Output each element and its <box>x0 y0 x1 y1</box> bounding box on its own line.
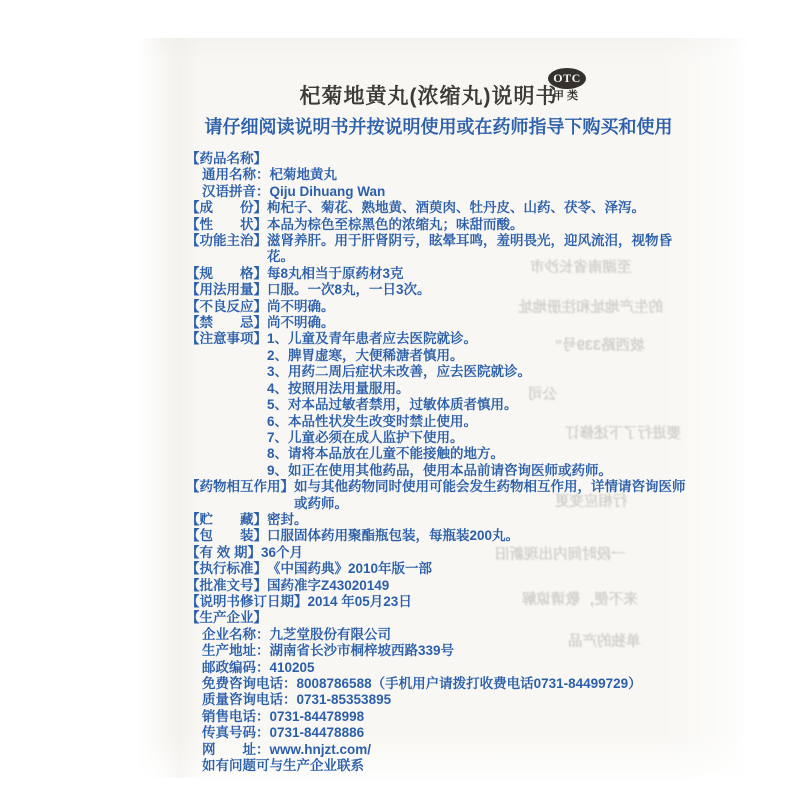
section-label: 【注意事项】 <box>186 331 267 347</box>
section-label: 【用法用量】 <box>186 282 267 298</box>
section-text: 滋肾养肝。用于肝肾阴亏，眩晕耳鸣，羞明畏光，迎风流泪，视物昏花。 <box>267 233 691 266</box>
precaution-item: 4、按照用法用量服用。 <box>267 381 691 397</box>
row-label: 传真号码： <box>202 725 270 741</box>
manufacturer-row-postcode: 邮政编码： 410205 <box>186 660 691 676</box>
section-label: 【执行标准】 <box>186 561 267 577</box>
row-value: 0731-85353895 <box>297 692 392 708</box>
section-label: 【规 格】 <box>186 266 267 282</box>
pinyin-value: Qiju Dihuang Wan <box>270 184 386 200</box>
section-text: 国药准字Z43020149 <box>267 578 691 594</box>
section-text: 如与其他药物同时使用可能会发生药物相互作用，详情请咨询医师或药师。 <box>294 479 691 512</box>
precaution-item: 6、本品性状发生改变时禁止使用。 <box>267 414 691 430</box>
section-label: 【批准文号】 <box>186 578 267 594</box>
section-label: 【功能主治】 <box>186 233 267 249</box>
section-approval-number: 【批准文号】 国药准字Z43020149 <box>186 578 691 594</box>
section-text: 尚不明确。 <box>267 315 691 331</box>
row-label: 免费咨询电话： <box>202 676 297 692</box>
section-text: 《中国药典》2010年版一部 <box>267 561 691 577</box>
precaution-item: 9、如正在使用其他药品，使用本品前请咨询医师或药师。 <box>267 463 691 479</box>
section-precautions: 【注意事项】 1、儿童及青年患者应去医院就诊。 2、脾胃虚寒，大便稀溏者慎用。 … <box>186 331 691 479</box>
section-revision-date: 【说明书修订日期】 2014 年05月23日 <box>186 594 691 610</box>
pinyin-label: 汉语拼音： <box>202 184 270 200</box>
section-label: 【性 状】 <box>186 217 267 233</box>
section-label: 【不良反应】 <box>186 299 267 315</box>
manufacturer-row-free-hotline: 免费咨询电话： 8008786588（手机用户请拨打收费电话0731-84499… <box>186 676 691 692</box>
section-standard: 【执行标准】 《中国药典》2010年版一部 <box>186 561 691 577</box>
generic-name-row: 通用名称： 杞菊地黄丸 <box>186 167 691 183</box>
pinyin-row: 汉语拼音： Qiju Dihuang Wan <box>186 184 691 200</box>
precaution-item: 2、脾胃虚寒，大便稀溏者慎用。 <box>267 348 691 364</box>
section-drug-name: 【药品名称】 <box>186 151 691 167</box>
row-value: 0731-84478886 <box>270 725 365 741</box>
manufacturer-row-quality-hotline: 质量咨询电话： 0731-85353895 <box>186 692 691 708</box>
leaflet-paper: 至湖南省长沙市 的生产地址和注册地址 坡西路339号” 公司 要进行了下述修订 … <box>140 38 746 778</box>
section-text: 36个月 <box>261 545 691 561</box>
document-subtitle: 请仔细阅读说明书并按说明使用或在药师指导下购买和使用 <box>186 116 691 138</box>
section-label: 【贮 藏】 <box>186 512 267 528</box>
section-manufacturer: 【生产企业】 <box>186 610 691 626</box>
section-indications: 【功能主治】 滋肾养肝。用于肝肾阴亏，眩晕耳鸣，羞明畏光，迎风流泪，视物昏花。 <box>186 233 691 266</box>
section-specification: 【规 格】 每8丸相当于原药材3克 <box>186 266 691 282</box>
precaution-item: 7、儿童必须在成人监护下使用。 <box>267 430 691 446</box>
row-value: 0731-84478998 <box>270 709 365 725</box>
section-contraindications: 【禁 忌】 尚不明确。 <box>186 315 691 331</box>
row-value: 九芝堂股份有限公司 <box>270 627 392 643</box>
row-value: 410205 <box>270 660 315 676</box>
section-label: 【生产企业】 <box>186 610 267 626</box>
section-adverse-reactions: 【不良反应】 尚不明确。 <box>186 299 691 315</box>
manufacturer-row-fax: 传真号码： 0731-84478886 <box>186 725 691 741</box>
section-packaging: 【包 装】 口服固体药用聚酯瓶包装，每瓶装200丸。 <box>186 528 691 544</box>
precaution-item: 5、对本品过敏者禁用，过敏体质者慎用。 <box>267 397 691 413</box>
row-label: 销售电话： <box>202 709 270 725</box>
precaution-item: 3、用药二周后症状未改善，应去医院就诊。 <box>267 364 691 380</box>
section-shelf-life: 【有 效 期】 36个月 <box>186 545 691 561</box>
section-label: 【说明书修订日期】 <box>186 594 308 610</box>
section-label: 【禁 忌】 <box>186 315 267 331</box>
section-description: 【性 状】 本品为棕色至棕黑色的浓缩丸；味甜而酸。 <box>186 217 691 233</box>
row-label: 企业名称： <box>202 627 270 643</box>
precaution-item: 1、儿童及青年患者应去医院就诊。 <box>267 331 691 347</box>
manufacturer-row-address: 生产地址： 湖南省长沙市桐梓坡西路339号 <box>186 643 691 659</box>
section-text: 尚不明确。 <box>267 299 691 315</box>
row-label: 邮政编码： <box>202 660 270 676</box>
section-text: 口服固体药用聚酯瓶包装，每瓶装200丸。 <box>267 528 691 544</box>
manufacturer-row-sales-phone: 销售电话： 0731-84478998 <box>186 709 691 725</box>
generic-name-value: 杞菊地黄丸 <box>270 167 338 183</box>
section-storage: 【贮 藏】 密封。 <box>186 512 691 528</box>
row-value: 8008786588（手机用户请拨打收费电话0731-84499729） <box>297 676 642 692</box>
section-text: 密封。 <box>267 512 691 528</box>
precaution-item: 8、请将本品放在儿童不能接触的地方。 <box>267 446 691 462</box>
row-label: 质量咨询电话： <box>202 692 297 708</box>
section-text: 枸杞子、菊花、熟地黄、酒萸肉、牡丹皮、山药、茯苓、泽泻。 <box>267 200 691 216</box>
precaution-list: 1、儿童及青年患者应去医院就诊。 2、脾胃虚寒，大便稀溏者慎用。 3、用药二周后… <box>267 331 691 479</box>
section-label: 【药品名称】 <box>186 151 267 167</box>
section-ingredients: 【成 份】 枸杞子、菊花、熟地黄、酒萸肉、牡丹皮、山药、茯苓、泽泻。 <box>186 200 691 216</box>
row-label: 生产地址： <box>202 643 270 659</box>
section-label: 【包 装】 <box>186 528 267 544</box>
section-dosage: 【用法用量】 口服。一次8丸，一日3次。 <box>186 282 691 298</box>
row-value: 湖南省长沙市桐梓坡西路339号 <box>270 643 455 659</box>
contact-note: 如有问题可与生产企业联系 <box>186 758 691 774</box>
document-title: 杞菊地黄丸(浓缩丸)说明书 <box>196 84 661 110</box>
leaflet-content: 杞菊地黄丸(浓缩丸)说明书 请仔细阅读说明书并按说明使用或在药师指导下购买和使用… <box>140 38 746 774</box>
section-label: 【有 效 期】 <box>186 545 261 561</box>
manufacturer-row-company: 企业名称： 九芝堂股份有限公司 <box>186 627 691 643</box>
section-text: 口服。一次8丸，一日3次。 <box>267 282 691 298</box>
section-text: 2014 年05月23日 <box>308 594 692 610</box>
website-url: www.hnjzt.com/ <box>270 742 372 758</box>
generic-name-label: 通用名称： <box>202 167 270 183</box>
section-label: 【药物相互作用】 <box>186 479 294 495</box>
section-drug-interactions: 【药物相互作用】 如与其他药物同时使用可能会发生药物相互作用，详情请咨询医师或药… <box>186 479 691 512</box>
section-label: 【成 份】 <box>186 200 267 216</box>
row-label: 网 址： <box>202 742 270 758</box>
manufacturer-row-website: 网 址： www.hnjzt.com/ <box>186 742 691 758</box>
section-text: 本品为棕色至棕黑色的浓缩丸；味甜而酸。 <box>267 217 691 233</box>
section-text: 每8丸相当于原药材3克 <box>267 266 691 282</box>
